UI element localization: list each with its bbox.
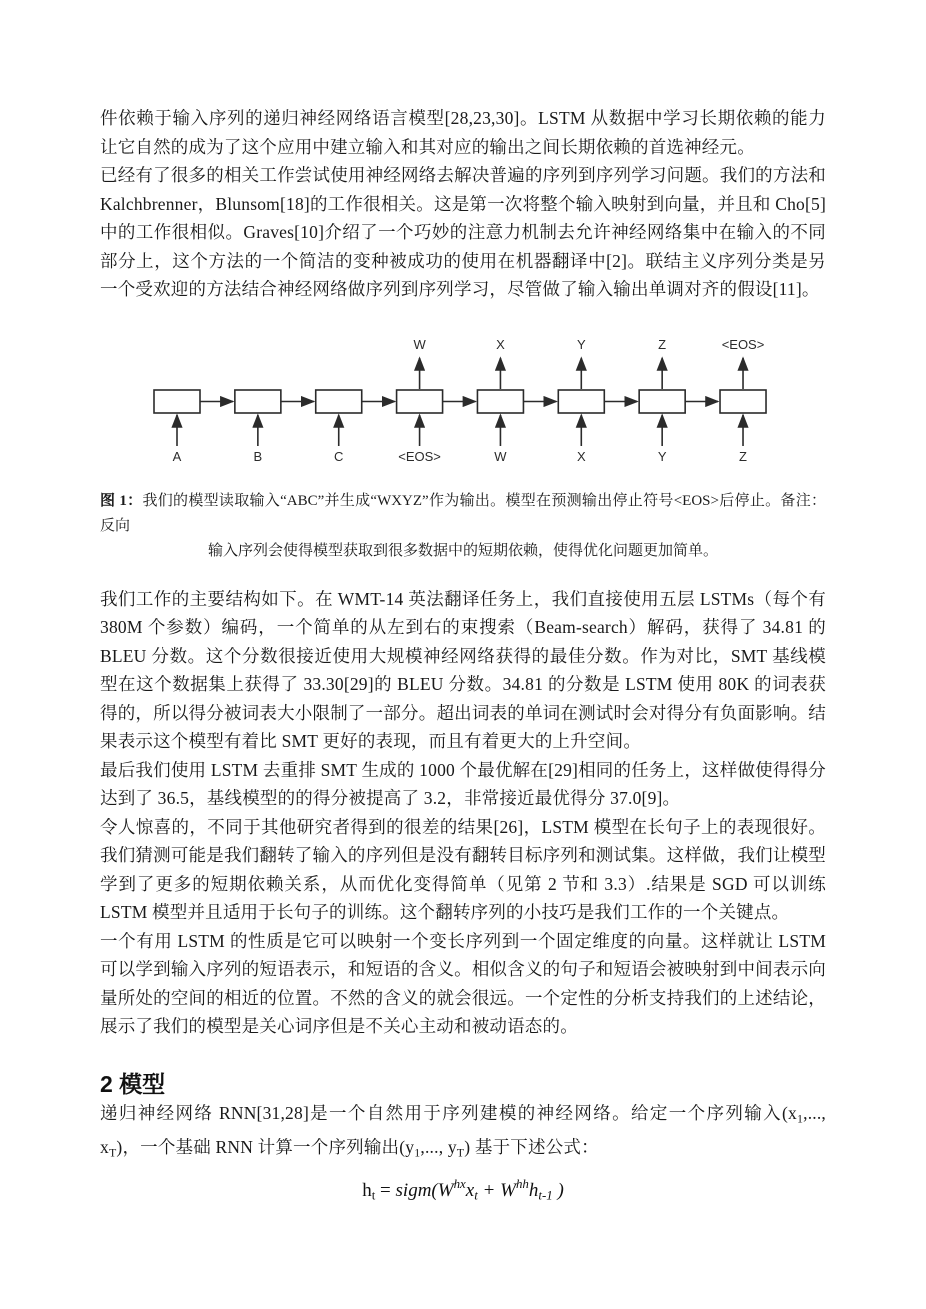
lstm-cell-box (477, 390, 523, 413)
lstm-cell-4: <EOS>W (397, 337, 476, 464)
lstm-cell-box (235, 390, 281, 413)
output-token-label: Y (577, 337, 586, 352)
document-page: 件依赖于输入序列的递归神经网络语言模型[28,23,30]。LSTM 从数据中学… (0, 0, 926, 1309)
text-segment: hh (516, 1176, 529, 1191)
results-section: 我们工作的主要结构如下。在 WMT-14 英法翻译任务上，我们直接使用五层 LS… (100, 585, 826, 1041)
output-token-label: <EOS> (722, 337, 765, 352)
lstm-cell-box (720, 390, 766, 413)
output-token-label: Z (658, 337, 666, 352)
figure-caption-line-2: 输入序列会使得模型获取到很多数据中的短期依赖，使得优化问题更加简单。 (100, 539, 826, 564)
section-heading-model: 2 模型 (100, 1069, 826, 1099)
lstm-cell-box (639, 390, 685, 413)
lstm-cell-2: B (235, 390, 314, 464)
text-segment: + W (478, 1179, 516, 1200)
page-content: 件依赖于输入序列的递归神经网络语言模型[28,23,30]。LSTM 从数据中学… (100, 0, 826, 1210)
figure-caption-text-1: 我们的模型读取输入“ABC”并生成“WXYZ”作为输出。模型在预测输出停止符号<… (100, 493, 826, 534)
input-token-label: X (577, 449, 586, 464)
text-segment: x (466, 1179, 474, 1200)
text-segment: h (529, 1179, 539, 1200)
input-token-label: Z (739, 449, 747, 464)
lstm-cell-box (558, 390, 604, 413)
input-token-label: B (254, 449, 263, 464)
paragraph-rnn-definition: 递归神经网络 RNN[31,28]是一个自然用于序列建模的神经网络。给定一个序列… (100, 1099, 826, 1167)
text-segment: sigm(W (396, 1179, 454, 1200)
text-segment: h (362, 1179, 372, 1200)
paragraph-lstm-property: 一个有用 LSTM 的性质是它可以映射一个变长序列到一个固定维度的向量。这样就让… (100, 927, 826, 1041)
lstm-cell-3: C (316, 390, 395, 464)
input-token-label: W (494, 449, 507, 464)
paragraph-main-results: 我们工作的主要结构如下。在 WMT-14 英法翻译任务上，我们直接使用五层 LS… (100, 585, 826, 756)
lstm-cell-box (397, 390, 443, 413)
figure-caption-label: 图 1： (100, 493, 142, 509)
input-token-label: C (334, 449, 343, 464)
rnn-hidden-state-formula: ht = sigm(Whxxt + Whhht-1 ) (100, 1169, 826, 1211)
paragraph-intro-continuation: 件依赖于输入序列的递归神经网络语言模型[28,23,30]。LSTM 从数据中学… (100, 104, 826, 161)
lstm-sequence-diagram: ABC<EOS>WWXXYYZZ<EOS> (114, 334, 789, 469)
lstm-cell-6: XY (558, 337, 637, 464)
input-token-label: Y (658, 449, 667, 464)
text-segment: = (375, 1179, 395, 1200)
output-token-label: W (413, 337, 426, 352)
input-token-label: <EOS> (398, 449, 441, 464)
paragraph-rescoring: 最后我们使用 LSTM 去重排 SMT 生成的 1000 个最优解在[29]相同… (100, 756, 826, 813)
output-token-label: X (496, 337, 505, 352)
text-segment: ) (553, 1179, 564, 1200)
text-segment: )，一个基础 RNN 计算一个序列输出(y (116, 1137, 414, 1157)
text-segment: 递归神经网络 RNN[31,28]是一个自然用于序列建模的神经网络。给定一个序列… (100, 1103, 797, 1123)
text-segment: ,..., y (420, 1137, 456, 1157)
paragraph-related-work: 已经有了很多的相关工作尝试使用神经网络去解决普遍的序列到序列学习问题。我们的方法… (100, 161, 826, 304)
lstm-cell-box (316, 390, 362, 413)
paragraph-long-sentences: 令人惊喜的，不同于其他研究者得到的很差的结果[26]，LSTM 模型在长句子上的… (100, 813, 826, 927)
text-segment: hx (454, 1176, 466, 1191)
text-segment: ) 基于下述公式： (464, 1137, 599, 1157)
figure-caption-line-1: 图 1：我们的模型读取输入“ABC”并生成“WXYZ”作为输出。模型在预测输出停… (100, 489, 826, 539)
input-token-label: A (173, 449, 182, 464)
figure-1-caption: 图 1：我们的模型读取输入“ABC”并生成“WXYZ”作为输出。模型在预测输出停… (100, 489, 826, 564)
text-segment: t-1 (538, 1187, 552, 1202)
lstm-cell-box (154, 390, 200, 413)
lstm-cell-5: WX (477, 337, 556, 464)
figure-1: ABC<EOS>WWXXYYZZ<EOS> 图 1：我们的模型读取输入“ABC”… (100, 334, 826, 564)
lstm-cell-7: YZ (639, 337, 718, 464)
lstm-cell-1: A (154, 390, 233, 464)
lstm-cell-8: Z<EOS> (720, 337, 766, 464)
